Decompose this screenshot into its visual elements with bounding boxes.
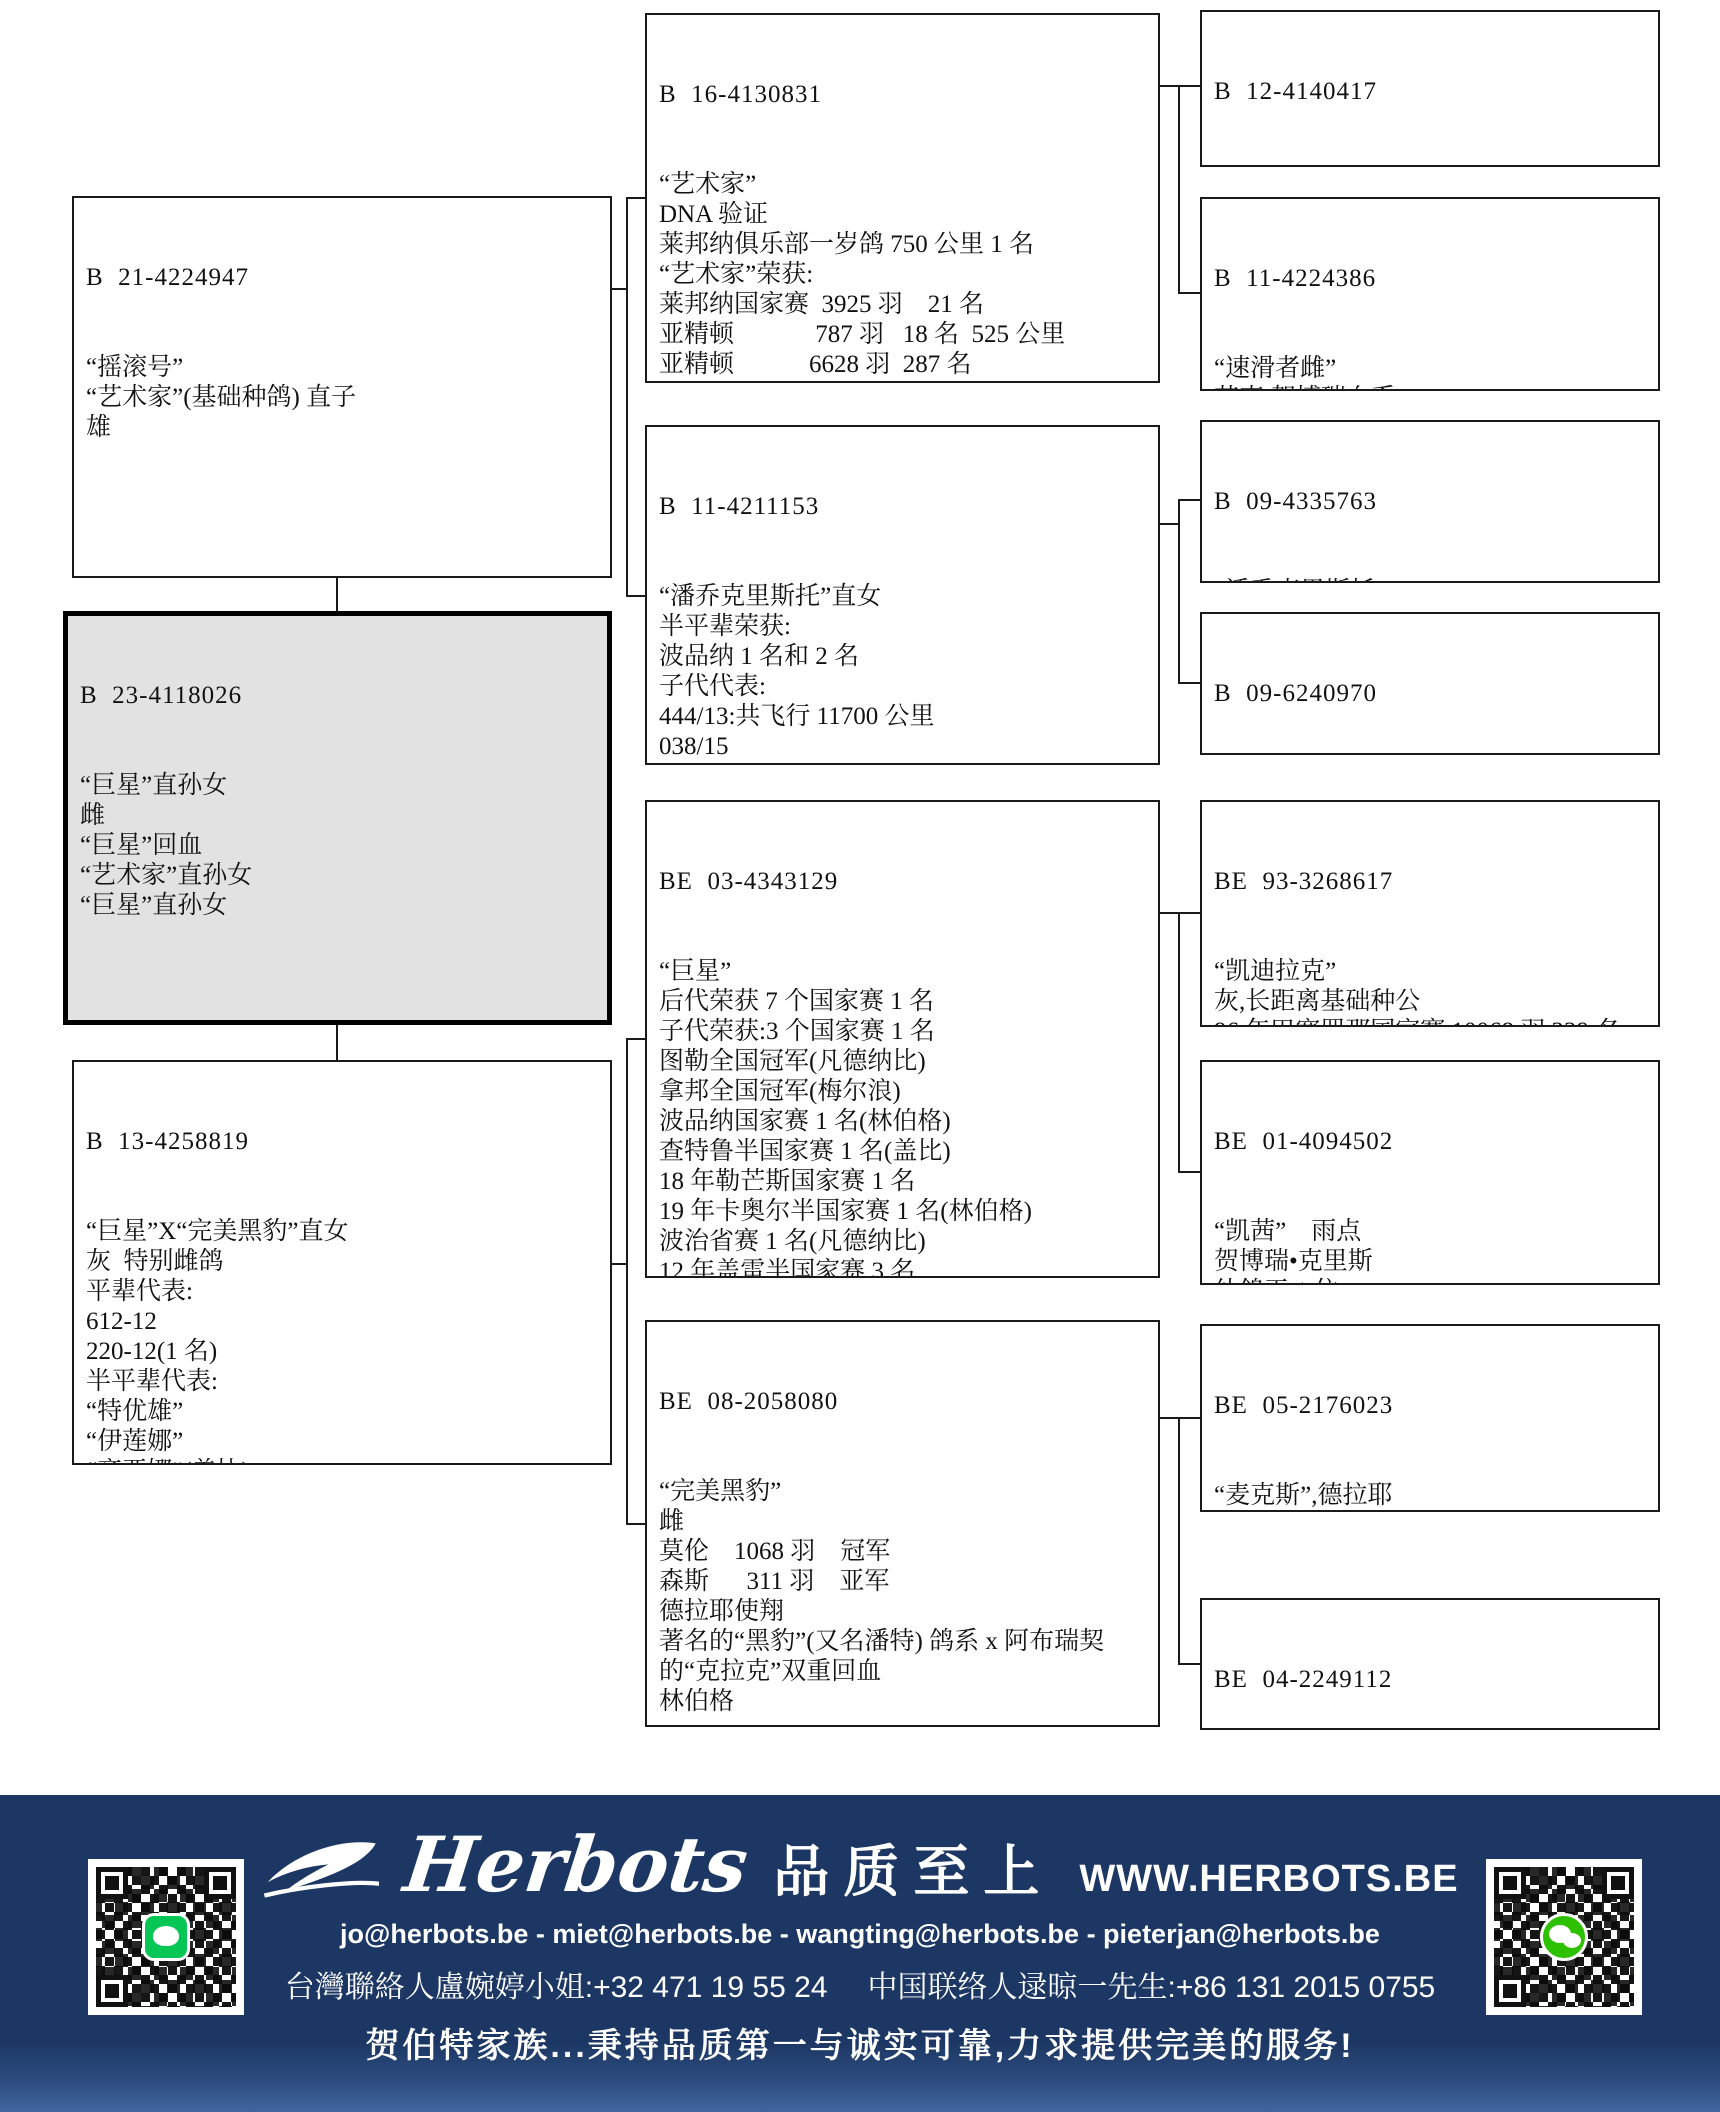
connector-line	[1178, 682, 1200, 684]
box-text: “速滑者雌” 艾克/贺博瑞血系 “超级博强”血系 同母半平辈“巨蛇”荣获: 16…	[1214, 354, 1646, 391]
ring-number: B 12-4140417	[1214, 77, 1646, 107]
ring-number: B 23-4118026	[80, 681, 595, 711]
box-dam-sire-dam: BE 01-4094502 “凯茜” 雨点 贺博瑞•克里斯 幼鸽王 1 位 波治…	[1200, 1060, 1660, 1285]
connector-line	[1178, 912, 1200, 914]
box-sire-sire-sire: B 12-4140417 “巨星”直孙 文斯特拉 “马克西玛”回血 著名种鸽,子…	[1200, 10, 1660, 167]
box-text: “摇滚号” “艺术家”(基础种鸽) 直子 雄	[86, 353, 598, 443]
contact-china: 中国联络人逯晾一先生:+86 131 2015 0755	[867, 1971, 1435, 2004]
connector-line	[626, 1038, 628, 1525]
qr-finder	[96, 1975, 128, 2007]
ring-number: BE 93-3268617	[1214, 867, 1646, 897]
qr-finder	[204, 1867, 236, 1899]
ring-number: BE 05-2176023	[1214, 1391, 1646, 1421]
connector-line	[626, 1038, 645, 1040]
contact-phones: 台灣聯絡人盧婉婷小姐:+32 471 19 55 24中国联络人逯晾一先生:+8…	[285, 1962, 1436, 2006]
footer-banner: Herbots 品质至上 WWW.HERBOTS.BE jo@herbots.b…	[0, 1795, 1720, 2112]
box-sire-dam: B 11-4211153 “潘乔克里斯托”直女 半平辈荣获: 波品纳 1 名和 …	[645, 425, 1160, 765]
connector-line	[336, 1025, 338, 1060]
box-text: “凯茜” 雨点 贺博瑞•克里斯 幼鸽王 1 位 波治 1730 羽 92 名/4…	[1214, 1217, 1646, 1285]
qr-code-wechat	[1486, 1859, 1642, 2015]
qr-finder	[1602, 1867, 1634, 1899]
ring-number: B 09-6240970	[1214, 679, 1646, 709]
line-app-icon	[142, 1913, 190, 1961]
box-text: “巨星”直孙女 雌 “巨星”回血 “艺术家”直孙女 “巨星”直孙女	[80, 771, 595, 921]
connector-line	[1160, 85, 1180, 87]
connector-line	[1178, 499, 1180, 684]
connector-line	[1178, 1663, 1200, 1665]
pedigree-page: B 21-4224947 “摇滚号” “艺术家”(基础种鸽) 直子 雄 B 23…	[0, 0, 1720, 2112]
ring-number: BE 03-4343129	[659, 867, 1146, 897]
ring-number: B 09-4335763	[1214, 487, 1646, 517]
qr-finder	[1494, 1867, 1526, 1899]
footer-tagline: 贺伯特家族...秉持品质第一与诚实可靠,力求提供完美的服务!	[365, 2018, 1354, 2067]
box-dam-dam-sire: BE 05-2176023 “麦克斯”,德拉耶 阿布瑞契鸽系 利蒙治 269 羽…	[1200, 1324, 1660, 1512]
box-sire-sire-dam: B 11-4224386 “速滑者雌” 艾克/贺博瑞血系 “超级博强”血系 同母…	[1200, 197, 1660, 391]
connector-line	[611, 1263, 626, 1265]
connector-line	[1178, 912, 1180, 1173]
brand-logo-text: Herbots	[401, 1827, 752, 1903]
ring-number: B 13-4258819	[86, 1127, 598, 1157]
box-sire-sire: B 16-4130831 “艺术家” DNA 验证 莱邦纳俱乐部一岁鸽 750 …	[645, 13, 1160, 383]
qr-code-line	[88, 1859, 244, 2015]
connector-line	[1160, 523, 1180, 525]
contact-taiwan: 台灣聯絡人盧婉婷小姐:+32 471 19 55 24	[285, 1971, 828, 2004]
connector-line	[611, 288, 626, 290]
ring-number: BE 08-2058080	[659, 1387, 1146, 1417]
qr-finder	[1494, 1975, 1526, 2007]
ring-number: B 11-4224386	[1214, 264, 1646, 294]
connector-line	[336, 578, 338, 611]
connector-line	[1178, 499, 1200, 501]
connector-line	[1178, 85, 1200, 87]
box-subject: B 23-4118026 “巨星”直孙女 雌 “巨星”回血 “艺术家”直孙女 “…	[63, 611, 612, 1025]
connector-line	[1160, 912, 1180, 914]
connector-line	[1178, 85, 1180, 294]
contact-emails: jo@herbots.be - miet@herbots.be - wangti…	[340, 1919, 1380, 1950]
ring-number: B 21-4224947	[86, 263, 598, 293]
connector-line	[1178, 292, 1200, 294]
ring-number: BE 01-4094502	[1214, 1127, 1646, 1157]
ring-number: B 11-4211153	[659, 492, 1146, 522]
box-sire-dam-sire: B 09-4335763 “潘乔克里斯托” 泰国公棚赛 1 名之兄弟 贺博瑞•克…	[1200, 420, 1660, 583]
connector-line	[1160, 1417, 1180, 1419]
box-dam-dam-dam: BE 04-2249112 “全能”之女 “黑豹”(又名潘特) 血系 阿布瑞契的…	[1200, 1598, 1660, 1730]
box-text: “潘乔克里斯托”直女 半平辈荣获: 波品纳 1 名和 2 名 子代代表: 444…	[659, 582, 1146, 765]
brand-row: Herbots 品质至上 WWW.HERBOTS.BE	[261, 1821, 1458, 1909]
qr-pattern	[96, 1867, 236, 2007]
connector-line	[626, 197, 645, 199]
box-text: “潘乔克里斯托” 泰国公棚赛 1 名之兄弟 贺博瑞•克里斯 血系:“贺博瑞 94…	[1214, 577, 1646, 583]
feather-icon	[261, 1837, 379, 1907]
brand-slogan-cn: 品质至上	[773, 1845, 1053, 1901]
box-sire-dam-dam: B 09-6240970 乔斯.乔森雌 “邦家”完全回血	[1200, 612, 1660, 755]
footer-content: Herbots 品质至上 WWW.HERBOTS.BE jo@herbots.b…	[255, 1795, 1465, 2112]
website-url: WWW.HERBOTS.BE	[1079, 1860, 1458, 1898]
box-sire: B 21-4224947 “摇滚号” “艺术家”(基础种鸽) 直子 雄	[72, 196, 612, 578]
box-text: “凯迪拉克” 灰,长距离基础种公 96 年巴塞罗那国家赛 10068 羽 229…	[1214, 957, 1646, 1027]
ring-number: BE 04-2249112	[1214, 1665, 1646, 1695]
connector-line	[626, 197, 628, 597]
qr-pattern	[1494, 1867, 1634, 2007]
connector-line	[1178, 1171, 1200, 1173]
box-text: “完美黑豹” 雌 莫伦 1068 羽 冠军 森斯 311 羽 亚军 德拉耶使翔 …	[659, 1477, 1146, 1717]
qr-finder	[96, 1867, 128, 1899]
box-text: “巨星”X“完美黑豹”直女 灰 特别雌鸽 平辈代表: 612-12 220-12…	[86, 1217, 598, 1465]
box-dam: B 13-4258819 “巨星”X“完美黑豹”直女 灰 特别雌鸽 平辈代表: …	[72, 1060, 612, 1465]
box-dam-dam: BE 08-2058080 “完美黑豹” 雌 莫伦 1068 羽 冠军 森斯 3…	[645, 1320, 1160, 1727]
box-text: “麦克斯”,德拉耶 阿布瑞契鸽系 利蒙治 269 羽 冠军 勒芒斯 319 羽 …	[1214, 1481, 1646, 1512]
wechat-icon	[1540, 1913, 1588, 1961]
box-text: “艺术家” DNA 验证 莱邦纳俱乐部一岁鸽 750 公里 1 名 “艺术家”荣…	[659, 170, 1146, 383]
connector-line	[1178, 1417, 1180, 1665]
ring-number: B 16-4130831	[659, 80, 1146, 110]
connector-line	[626, 1523, 645, 1525]
connector-line	[626, 595, 645, 597]
box-dam-sire-sire: BE 93-3268617 “凯迪拉克” 灰,长距离基础种公 96 年巴塞罗那国…	[1200, 800, 1660, 1027]
box-text: “巨星” 后代荣获 7 个国家赛 1 名 子代荣获:3 个国家赛 1 名 图勒全…	[659, 957, 1146, 1278]
connector-line	[1178, 1417, 1200, 1419]
box-dam-sire: BE 03-4343129 “巨星” 后代荣获 7 个国家赛 1 名 子代荣获:…	[645, 800, 1160, 1278]
